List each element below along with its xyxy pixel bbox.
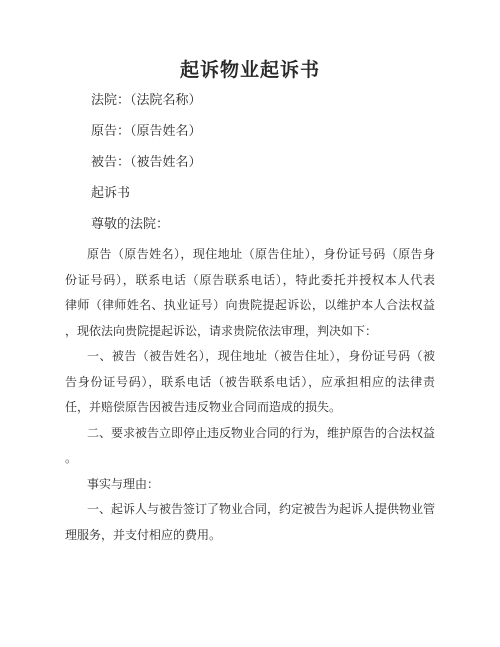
text-line: 任，并赔偿原告因被告违反物业合同而造成的损失。	[65, 395, 435, 421]
paragraph-fact-1: 一、起诉人与被告签订了物业合同，约定被告为起诉人提供物业管 理服务，并支付相应的…	[65, 497, 435, 548]
paragraph-claim-2: 二、要求被告立即停止违反物业合同的行为，维护原告的合法权益 。	[65, 421, 435, 472]
text-line: 告身份证号码），联系电话（被告联系电话），应承担相应的法律责	[65, 370, 435, 396]
text-line: 一、被告（被告姓名），现住地址（被告住址），身份证号码（被	[65, 344, 435, 370]
defendant-field: 被告：（被告姓名）	[65, 149, 435, 175]
text-line: 。	[65, 446, 435, 472]
document-subtitle: 起诉书	[65, 180, 435, 206]
text-line: 一、起诉人与被告签订了物业合同，约定被告为起诉人提供物业管	[65, 497, 435, 523]
document-page: 起诉物业起诉书 法院：（法院名称） 原告：（原告姓名） 被告：（被告姓名） 起诉…	[0, 0, 500, 647]
document-title: 起诉物业起诉书	[65, 57, 435, 85]
text-line: 份证号码），联系电话（原告联系电话），特此委托并授权本人代表	[65, 268, 435, 294]
salutation: 尊敬的法院：	[65, 211, 435, 237]
text-line: ，现依法向贵院提起诉讼，请求贵院依法审理，判决如下：	[65, 319, 435, 345]
facts-heading: 事实与理由：	[65, 472, 435, 498]
plaintiff-field: 原告：（原告姓名）	[65, 118, 435, 144]
text-line: 理服务，并支付相应的费用。	[65, 523, 435, 549]
text-line: 原告（原告姓名），现住地址（原告住址），身份证号码（原告身	[65, 242, 435, 268]
paragraph-claim-1: 一、被告（被告姓名），现住地址（被告住址），身份证号码（被 告身份证号码），联系…	[65, 344, 435, 421]
text-line: 二、要求被告立即停止违反物业合同的行为，维护原告的合法权益	[65, 421, 435, 447]
court-field: 法院：（法院名称）	[65, 87, 435, 113]
text-line: 律师（律师姓名、执业证号）向贵院提起诉讼，以维护本人合法权益	[65, 293, 435, 319]
paragraph-plaintiff-info: 原告（原告姓名），现住地址（原告住址），身份证号码（原告身 份证号码），联系电话…	[65, 242, 435, 344]
